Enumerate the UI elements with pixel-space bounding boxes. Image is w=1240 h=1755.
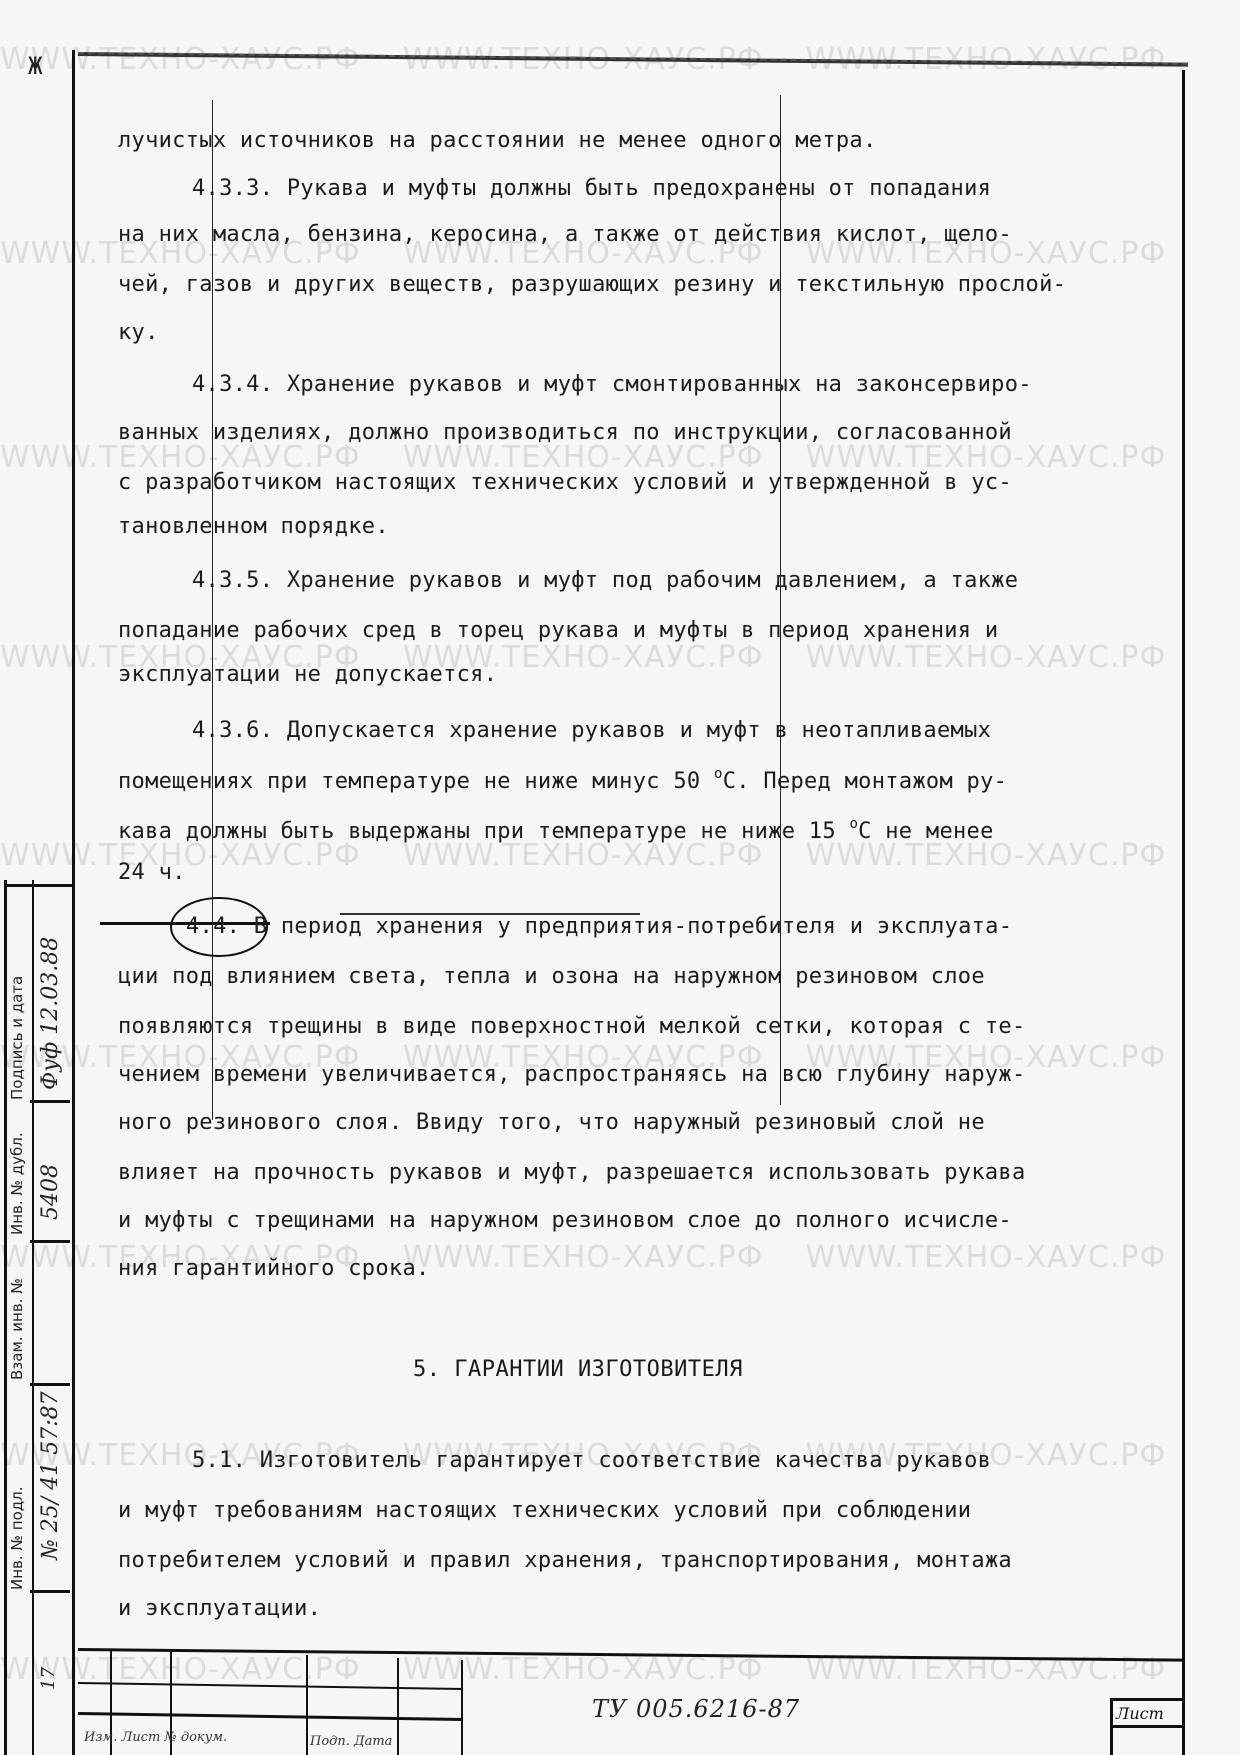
text-line: с разработчиком настоящих технических ус… (118, 470, 1012, 495)
handwritten-number: 5408 (38, 1164, 63, 1220)
text-line: кава должны быть выдержаны при температу… (118, 816, 994, 844)
margin-border (4, 880, 7, 1755)
title-block-row (78, 1682, 463, 1690)
margin-divider (30, 1590, 70, 1593)
margin-border (32, 880, 34, 1755)
margin-label-inv-dubl: Инв. № дубл. (8, 1132, 26, 1235)
margin-divider (30, 1100, 70, 1103)
text-line: потребителем условий и правил хранения, … (118, 1548, 1012, 1573)
clause-4-4: 4.4. В период хранения у предприятия-пот… (186, 914, 1012, 939)
margin-divider (30, 1383, 70, 1386)
text-line: ку. (118, 320, 159, 345)
margin-label-vzam-inv: Взам. инв. № (8, 1278, 26, 1380)
text-line: ния гарантийного срока. (118, 1256, 430, 1281)
margin-divider (4, 884, 72, 887)
text-line: чением времени увеличивается, распростра… (118, 1062, 1026, 1087)
clause-4-3-3: 4.3.3. Рукава и муфты должны быть предох… (192, 176, 991, 201)
text-line: и эксплуатации. (118, 1596, 321, 1621)
title-block-col (397, 1658, 399, 1755)
clause-4-3-6: 4.3.6. Допускается хранение рукавов и му… (192, 718, 991, 743)
text-line: чей, газов и других веществ, разрушающих… (118, 272, 1066, 297)
clause-5-1: 5.1. Изготовитель гарантирует соответств… (192, 1448, 991, 1473)
clause-4-3-5: 4.3.5. Хранение рукавов и муфт под рабоч… (192, 568, 1018, 593)
clause-4-3-4: 4.3.4. Хранение рукавов и муфт смонтиров… (192, 372, 1032, 397)
text-line: эксплуатации не допускается. (118, 662, 497, 687)
text-line: помещениях при температуре не ниже минус… (118, 766, 1007, 794)
margin-label-inv-podl: Инв. № подл. (8, 1487, 26, 1590)
title-block-col (306, 1655, 308, 1755)
corner-mark: Ж (28, 52, 42, 80)
text-line: появляются трещины в виде поверхностной … (118, 1014, 1026, 1039)
frame-right-border (1182, 70, 1185, 1755)
section-heading: 5. ГАРАНТИИ ИЗГОТОВИТЕЛЯ (413, 1357, 743, 1382)
sheet-label: Лист (1116, 1704, 1164, 1723)
handwritten-small: 17 (38, 1667, 59, 1690)
text-line: ного резинового слоя. Ввиду того, что на… (118, 1110, 985, 1135)
document-code: ТУ 005.6216-87 (592, 1695, 800, 1723)
frame-top-border (78, 52, 1188, 67)
sign-label: Подп. Дата (310, 1734, 392, 1749)
text-line: лучистых источников на расстоянии не мен… (118, 128, 877, 153)
circled-number: 4.4. (186, 914, 240, 939)
text-line: на них масла, бензина, керосина, а также… (118, 222, 1012, 247)
text-line: 24 ч. (118, 860, 186, 885)
text-line: и муфты с трещинами на наружном резиново… (118, 1208, 1012, 1233)
title-block-top (78, 1648, 1183, 1662)
margin-divider (30, 1240, 70, 1243)
sheet-divider (1110, 1725, 1182, 1728)
text-line: ванных изделиях, должно производиться по… (118, 420, 1012, 445)
text-line: влияет на прочность рукавов и муфт, разр… (118, 1160, 1026, 1185)
margin-label-signature-date: Подпись и дата (8, 976, 26, 1100)
frame-left-border (72, 50, 75, 1755)
title-block-col (461, 1660, 463, 1755)
change-label: Изм. Лист № докум. (84, 1730, 227, 1745)
text-line: ции под влиянием света, тепла и озона на… (118, 964, 985, 989)
text-line: попадание рабочих сред в торец рукава и … (118, 618, 998, 643)
text-line: и муфт требованиям настоящих технических… (118, 1498, 971, 1523)
title-block-row (78, 1712, 463, 1721)
text-line: тановленном порядке. (118, 514, 389, 539)
handwritten-date: Фуф 12.03.88 (38, 937, 63, 1090)
handwritten-inventory: № 25/ 41 57:87 (38, 1391, 63, 1560)
